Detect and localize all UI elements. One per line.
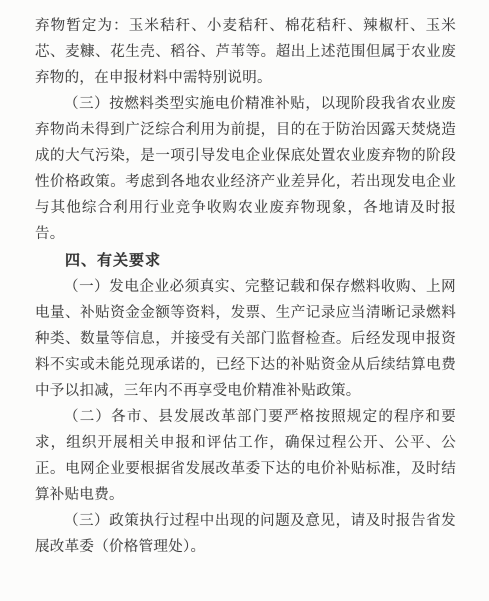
paragraph-item-3-policy-feedback: （三）政策执行过程中出现的问题及意见，请及时报告省发展改革委（价格管理处）。 xyxy=(35,508,456,560)
paragraph-waste-list-continuation: 弃物暂定为：玉米秸秆、小麦秸秆、棉花秸秆、辣椒杆、玉米芯、麦糠、花生壳、稻谷、芦… xyxy=(35,13,456,91)
paragraph-item-1-enterprise-records: （一）发电企业必须真实、完整记载和保存燃料收购、上网电量、补贴资金金额等资料，发… xyxy=(35,274,456,404)
document-page: 弃物暂定为：玉米秸秆、小麦秸秆、棉花秸秆、辣椒杆、玉米芯、麦糠、花生壳、稻谷、芦… xyxy=(0,0,489,601)
paragraph-item-3-fuel-type-subsidy: （三）按燃料类型实施电价精准补贴，以现阶段我省农业废弃物尚未得到广泛综合利用为前… xyxy=(35,91,456,247)
section-heading-requirements: 四、有关要求 xyxy=(35,247,456,274)
paragraph-item-2-reform-departments: （二）各市、县发展改革部门要严格按照规定的程序和要求，组织开展相关申报和评估工作… xyxy=(35,404,456,508)
